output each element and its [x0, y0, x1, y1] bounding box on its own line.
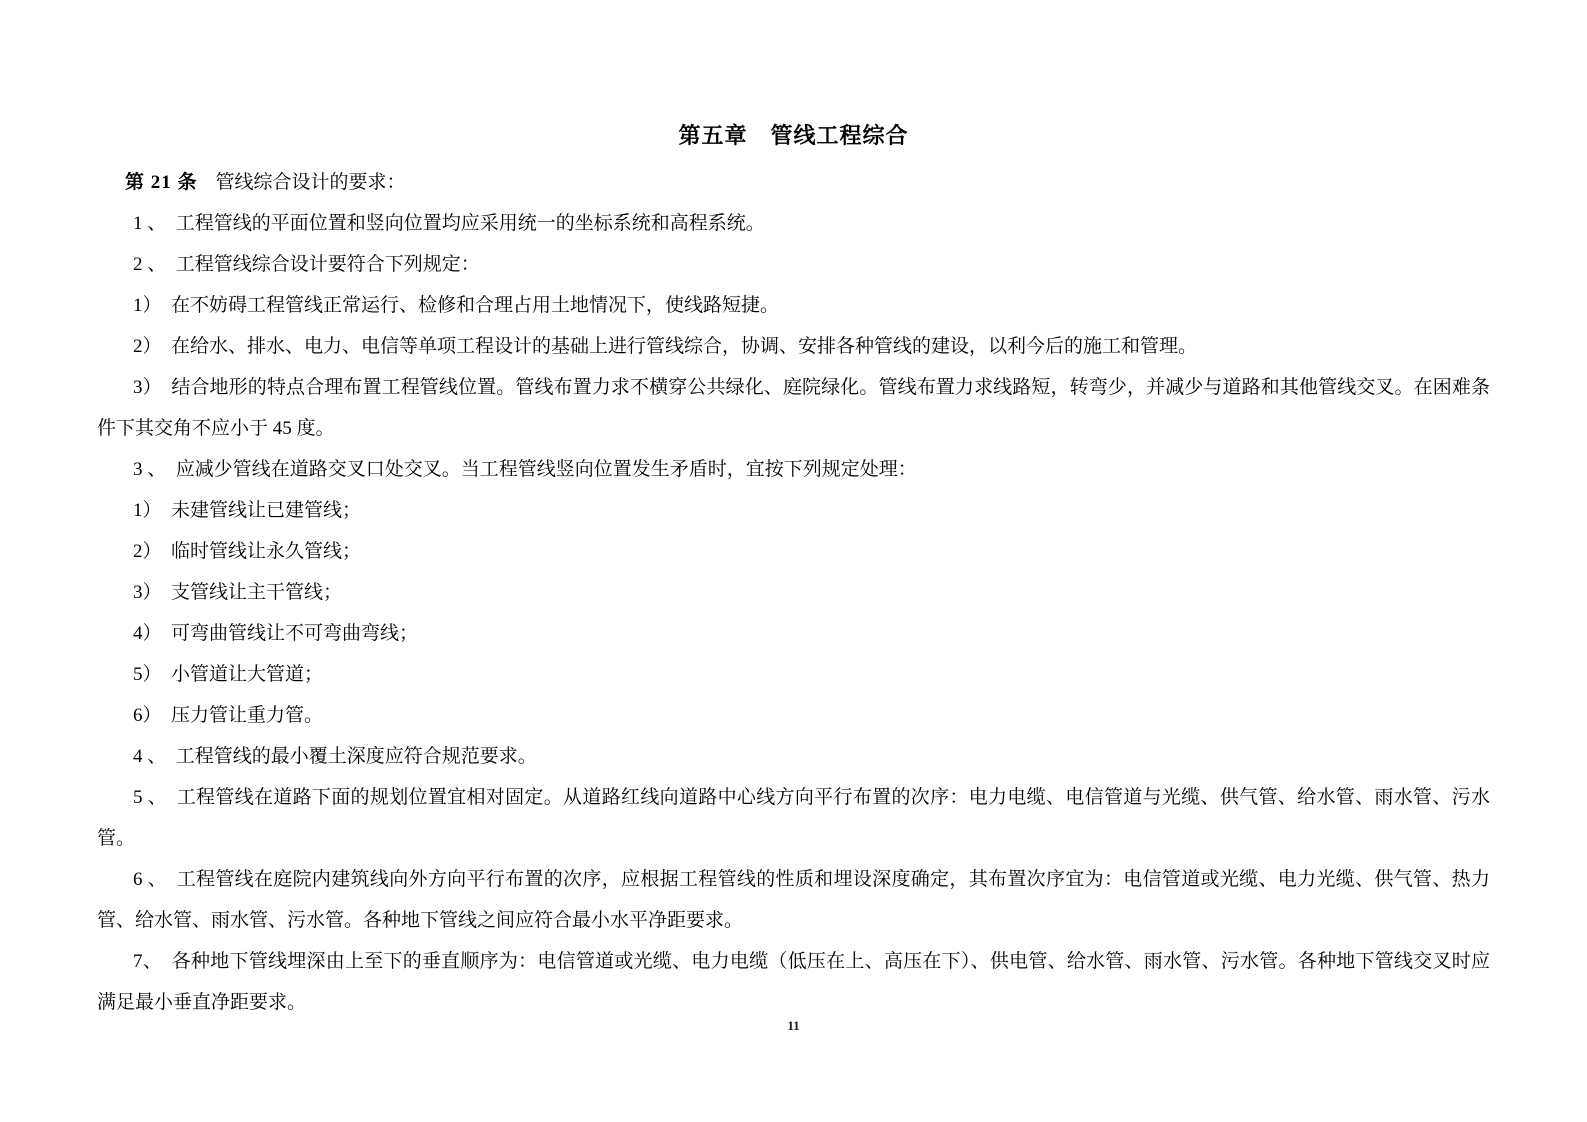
paragraph-item-1: 1 、 工程管线的平面位置和竖向位置均应采用统一的坐标系统和高程系统。 [97, 203, 1490, 244]
paragraph-subitem-3-4: 4） 可弯曲管线让不可弯曲弯线； [97, 613, 1490, 654]
paragraph-subitem-3-1: 1） 未建管线让已建管线； [97, 490, 1490, 531]
paragraph-subitem-2-1: 1） 在不妨碍工程管线正常运行、检修和合理占用土地情况下，使线路短捷。 [97, 285, 1490, 326]
paragraph-item-5: 5 、 工程管线在道路下面的规划位置宜相对固定。从道路红线向道路中心线方向平行布… [97, 777, 1490, 859]
paragraph-item-7: 7、 各种地下管线埋深由上至下的垂直顺序为：电信管道或光缆、电力电缆（低压在上、… [97, 941, 1490, 1023]
paragraph-item-3: 3 、 应减少管线在道路交叉口处交叉。当工程管线竖向位置发生矛盾时，宜按下列规定… [97, 449, 1490, 490]
paragraph-item-4: 4 、 工程管线的最小覆土深度应符合规范要求。 [97, 736, 1490, 777]
article-number-label: 第 21 条 [125, 172, 198, 193]
paragraph-subitem-3-5: 5） 小管道让大管道； [97, 654, 1490, 695]
chapter-title: 第五章 管线工程综合 [97, 122, 1490, 150]
paragraph-subitem-2-2: 2） 在给水、排水、电力、电信等单项工程设计的基础上进行管线综合，协调、安排各种… [97, 326, 1490, 367]
article-heading-line: 第 21 条管线综合设计的要求： [97, 162, 1490, 203]
paragraph-subitem-3-6: 6） 压力管让重力管。 [97, 695, 1490, 736]
paragraph-subitem-3-3: 3） 支管线让主干管线； [97, 572, 1490, 613]
paragraph-item-6: 6 、 工程管线在庭院内建筑线向外方向平行布置的次序，应根据工程管线的性质和埋设… [97, 859, 1490, 941]
article-heading-text: 管线综合设计的要求： [198, 172, 406, 193]
paragraph-subitem-3-2: 2） 临时管线让永久管线； [97, 531, 1490, 572]
paragraph-subitem-2-3: 3） 结合地形的特点合理布置工程管线位置。管线布置力求不横穿公共绿化、庭院绿化。… [97, 367, 1490, 449]
page-number: 11 [0, 1018, 1587, 1034]
document-page: 第五章 管线工程综合 第 21 条管线综合设计的要求： 1 、 工程管线的平面位… [0, 0, 1587, 1122]
paragraph-item-2: 2 、 工程管线综合设计要符合下列规定： [97, 244, 1490, 285]
